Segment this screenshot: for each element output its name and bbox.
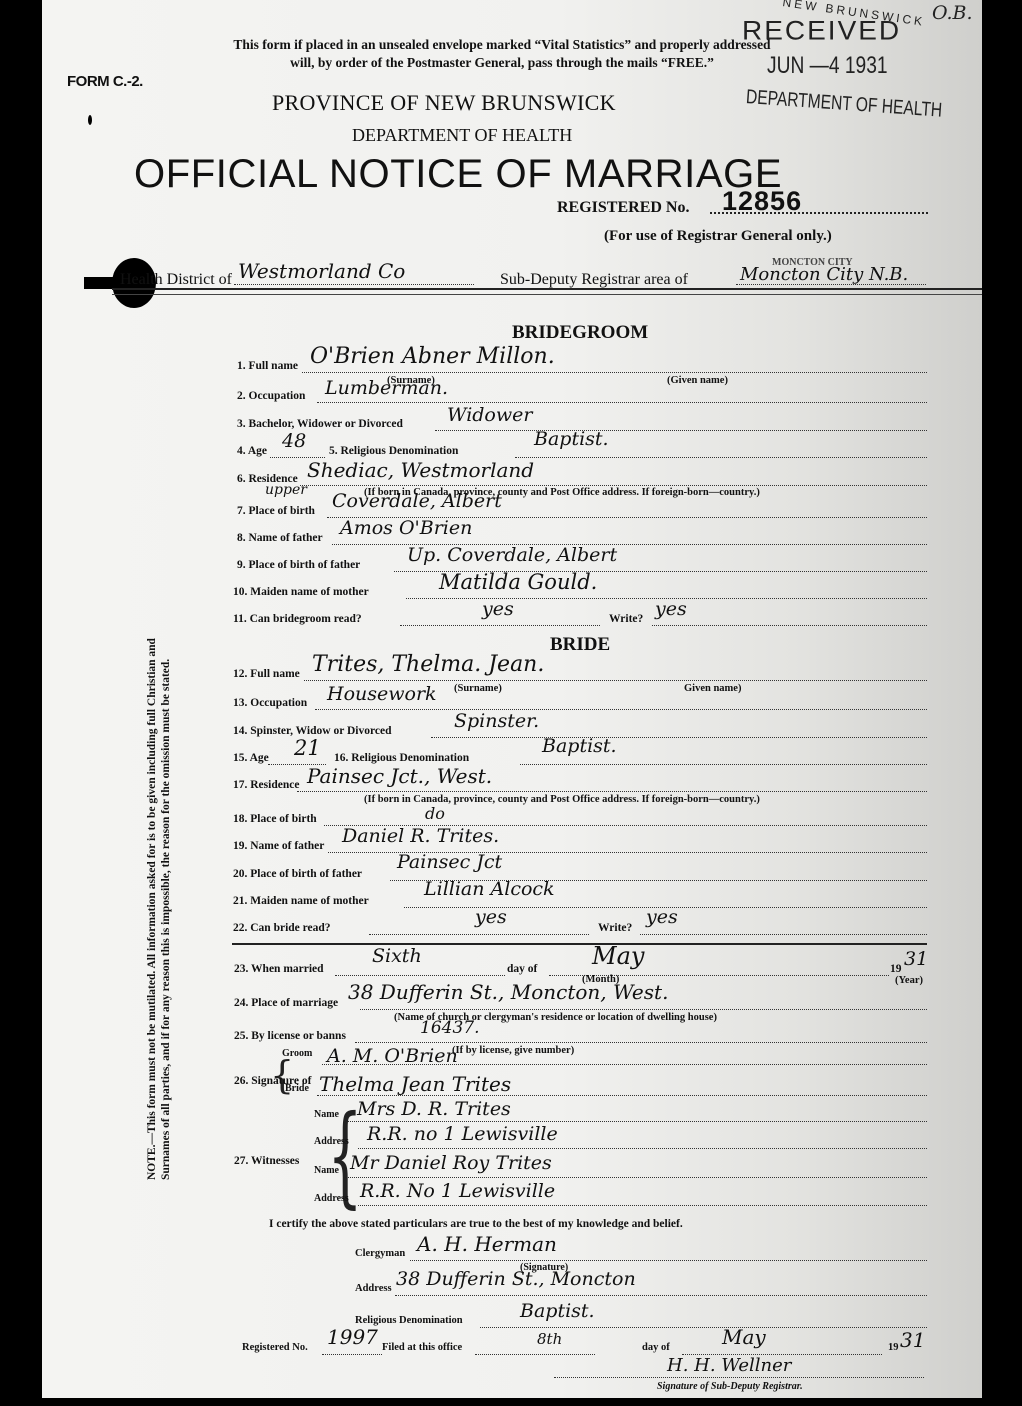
groom-birthplace: Coverdale, Albert [332, 490, 502, 512]
surname-hint: (Surname) [454, 683, 502, 694]
field-label: 13. Occupation [233, 697, 307, 709]
day-of-label: day of [642, 1342, 670, 1353]
mail-note-line-2: will, by order of the Postmaster General… [142, 54, 862, 72]
residence-hint: (If born in Canada, province, county and… [364, 794, 760, 805]
field-label: 4. Age [237, 445, 267, 457]
field-line [322, 1354, 382, 1355]
clergyman-label: Clergyman [355, 1248, 405, 1259]
registrar-general-note: (For use of Registrar General only.) [604, 228, 832, 245]
registrar-signature-line [554, 1377, 924, 1378]
field-label: 17. Residence [233, 779, 299, 791]
field-label: 12. Full name [233, 668, 300, 680]
bride-residence: Painsec Jct., West. [307, 764, 492, 788]
field-line [480, 1327, 927, 1328]
groom-father-name: Amos O'Brien [340, 517, 472, 539]
bride-age: 21 [294, 736, 321, 760]
stamp-date: JUN —4 1931 [767, 52, 888, 80]
witness-name-label: Name [314, 1165, 339, 1176]
groom-birth-prefix: upper [265, 482, 307, 498]
filed-day: 8th [537, 1330, 562, 1348]
filed-label: Filed at this office [382, 1342, 462, 1353]
witness-2-name: Mr Daniel Roy Trites [350, 1152, 552, 1174]
bride-divider [232, 943, 927, 945]
field-label: 1. Full name [237, 360, 298, 372]
marriage-notice-document: This form if placed in an unsealed envel… [42, 0, 982, 1398]
field-line [360, 1009, 927, 1010]
groom-occupation: Lumberman. [325, 377, 448, 399]
witness-1-address: R.R. no 1 Lewisville [367, 1123, 558, 1145]
certification-statement: I certify the above stated particulars a… [269, 1218, 683, 1230]
sub-deputy-label: Sub-Deputy Registrar area of [500, 271, 688, 289]
stamp-annotation: O.B. [932, 2, 973, 24]
bride-birthplace: do [425, 804, 445, 823]
marriage-place: 38 Dufferin St., Moncton, West. [348, 980, 668, 1004]
bride-marital-status: Spinster. [454, 710, 539, 732]
field-label: 24. Place of marriage [234, 997, 338, 1009]
filed-year: 31 [900, 1328, 925, 1352]
field-line [358, 1205, 927, 1206]
sub-deputy-value: Moncton City N.B. [740, 264, 908, 285]
license-number: 16437. [420, 1018, 479, 1038]
field-label: 3. Bachelor, Widower or Divorced [237, 418, 403, 430]
groom-mother-maiden-name: Matilda Gould. [439, 570, 597, 594]
groom-father-birthplace: Up. Coverdale, Albert [407, 544, 617, 566]
department-heading: DEPARTMENT OF HEALTH [352, 125, 572, 146]
groom-residence: Shediac, Westmorland [307, 458, 534, 482]
groom-age: 48 [282, 430, 306, 452]
field-label: 8. Name of father [237, 532, 323, 544]
groom-marital-status: Widower [447, 404, 532, 426]
registrar-signature: H. H. Wellner [667, 1355, 791, 1376]
document-title: OFFICIAL NOTICE OF MARRIAGE [134, 152, 782, 197]
filing-registered-no-label: Registered No. [242, 1342, 308, 1353]
ink-blotch [88, 115, 92, 125]
field-line [475, 1354, 595, 1355]
field-line [348, 1177, 927, 1178]
bride-can-read: yes [475, 906, 507, 928]
marriage-year: 31 [904, 948, 928, 970]
side-note: NOTE.—This form must not be mutilated. A… [145, 560, 173, 1180]
witness-2-address: R.R. No 1 Lewisville [360, 1180, 555, 1202]
side-note-line-2: Surnames of all parties, and if for any … [159, 560, 173, 1180]
field-line [302, 372, 927, 373]
field-line [515, 457, 927, 458]
field-line [431, 737, 927, 738]
witness-address-label: Address [314, 1136, 349, 1147]
field-line [520, 764, 927, 765]
witness-name-label: Name [314, 1109, 339, 1120]
field-line [297, 791, 927, 792]
clergy-address: 38 Dufferin St., Moncton [396, 1268, 636, 1290]
clergyman-signature: A. H. Herman [417, 1232, 557, 1256]
field-label: 20. Place of birth of father [233, 868, 362, 880]
year-prefix: 19 [888, 1342, 899, 1353]
header-divider [112, 288, 982, 295]
given-name-hint: Given name) [684, 683, 741, 694]
health-district-label: Health District of [120, 271, 232, 289]
registrar-signature-hint: Signature of Sub-Deputy Registrar. [657, 1381, 803, 1392]
day-of-label: day of [507, 963, 537, 975]
province-heading: PROVINCE OF NEW BRUNSWICK [272, 90, 616, 116]
field-label: 27. Witnesses [234, 1155, 299, 1167]
filing-registered-no: 1997 [327, 1325, 378, 1349]
field-label: 23. When married [234, 963, 324, 975]
bride-occupation: Housework [327, 683, 437, 705]
field-label: 7. Place of birth [237, 505, 315, 517]
field-label: 18. Place of birth [233, 813, 317, 825]
field-line [348, 1121, 927, 1122]
field-label: 21. Maiden name of mother [233, 895, 369, 907]
field-line [358, 1148, 927, 1149]
stamp-received: RECEIVED [742, 16, 901, 46]
groom-religion: Baptist. [534, 428, 609, 450]
bride-full-name: Trites, Thelma. Jean. [312, 652, 544, 677]
field-line [435, 430, 927, 431]
field-line [335, 975, 505, 976]
witness-1-name: Mrs D. R. Trites [357, 1098, 511, 1120]
bride-heading: BRIDE [550, 634, 610, 656]
year-prefix: 19 [890, 963, 902, 975]
bride-signature-label: Bride [285, 1083, 309, 1094]
groom-can-read: yes [482, 598, 514, 620]
field-label: 19. Name of father [233, 840, 324, 852]
field-line [369, 934, 589, 935]
field-label: 11. Can bridegroom read? [233, 613, 362, 625]
field-line [315, 709, 927, 710]
bride-can-write: yes [646, 906, 678, 928]
write-label: Write? [609, 613, 643, 625]
field-line [300, 485, 927, 486]
registered-no-value: 12856 [722, 186, 802, 217]
bride-father-name: Daniel R. Trites. [342, 825, 499, 847]
bridegroom-heading: BRIDEGROOM [512, 322, 648, 344]
field-label: 10. Maiden name of mother [233, 586, 369, 598]
license-hint: (If by license, give number) [452, 1045, 574, 1056]
field-line [395, 1295, 927, 1296]
field-label: 15. Age [233, 752, 269, 764]
clergy-address-label: Address [355, 1283, 392, 1294]
field-line [652, 625, 927, 626]
stamp-department: DEPARTMENT OF HEALTH [745, 86, 943, 123]
field-label: 5. Religious Denomination [329, 445, 458, 457]
given-name-hint: (Given name) [667, 375, 728, 386]
field-label: 25. By license or banns [234, 1030, 346, 1042]
health-district-line [234, 284, 474, 285]
field-label: 9. Place of birth of father [237, 559, 360, 571]
field-line [355, 1042, 927, 1043]
bride-religion: Baptist. [542, 735, 617, 757]
field-label: 16. Religious Denomination [334, 752, 469, 764]
registered-no-label: REGISTERED No. [557, 199, 689, 217]
field-label: 2. Occupation [237, 390, 305, 402]
field-line [304, 680, 927, 681]
write-label: Write? [598, 922, 632, 934]
clergy-denomination: Baptist. [520, 1300, 595, 1322]
field-line [400, 625, 600, 626]
groom-can-write: yes [655, 598, 687, 620]
field-line [640, 934, 927, 935]
form-number: FORM C.-2. [67, 73, 143, 90]
health-district-value: Westmorland Co [238, 259, 405, 283]
marriage-month: May [592, 942, 644, 970]
marriage-day: Sixth [372, 945, 422, 967]
filed-month: May [722, 1325, 766, 1349]
year-hint: (Year) [895, 975, 923, 986]
bride-mother-maiden-name: Lillian Alcock [424, 878, 555, 900]
field-label: 22. Can bride read? [233, 922, 331, 934]
groom-full-name: O'Brien Abner Millon. [310, 344, 555, 369]
groom-signature: A. M. O'Brien [327, 1045, 458, 1067]
side-note-line-1: NOTE.—This form must not be mutilated. A… [145, 560, 159, 1180]
witness-address-label: Address [314, 1193, 349, 1204]
bride-father-birthplace: Painsec Jct [397, 851, 502, 873]
field-line [410, 1260, 927, 1261]
field-line [317, 402, 927, 403]
